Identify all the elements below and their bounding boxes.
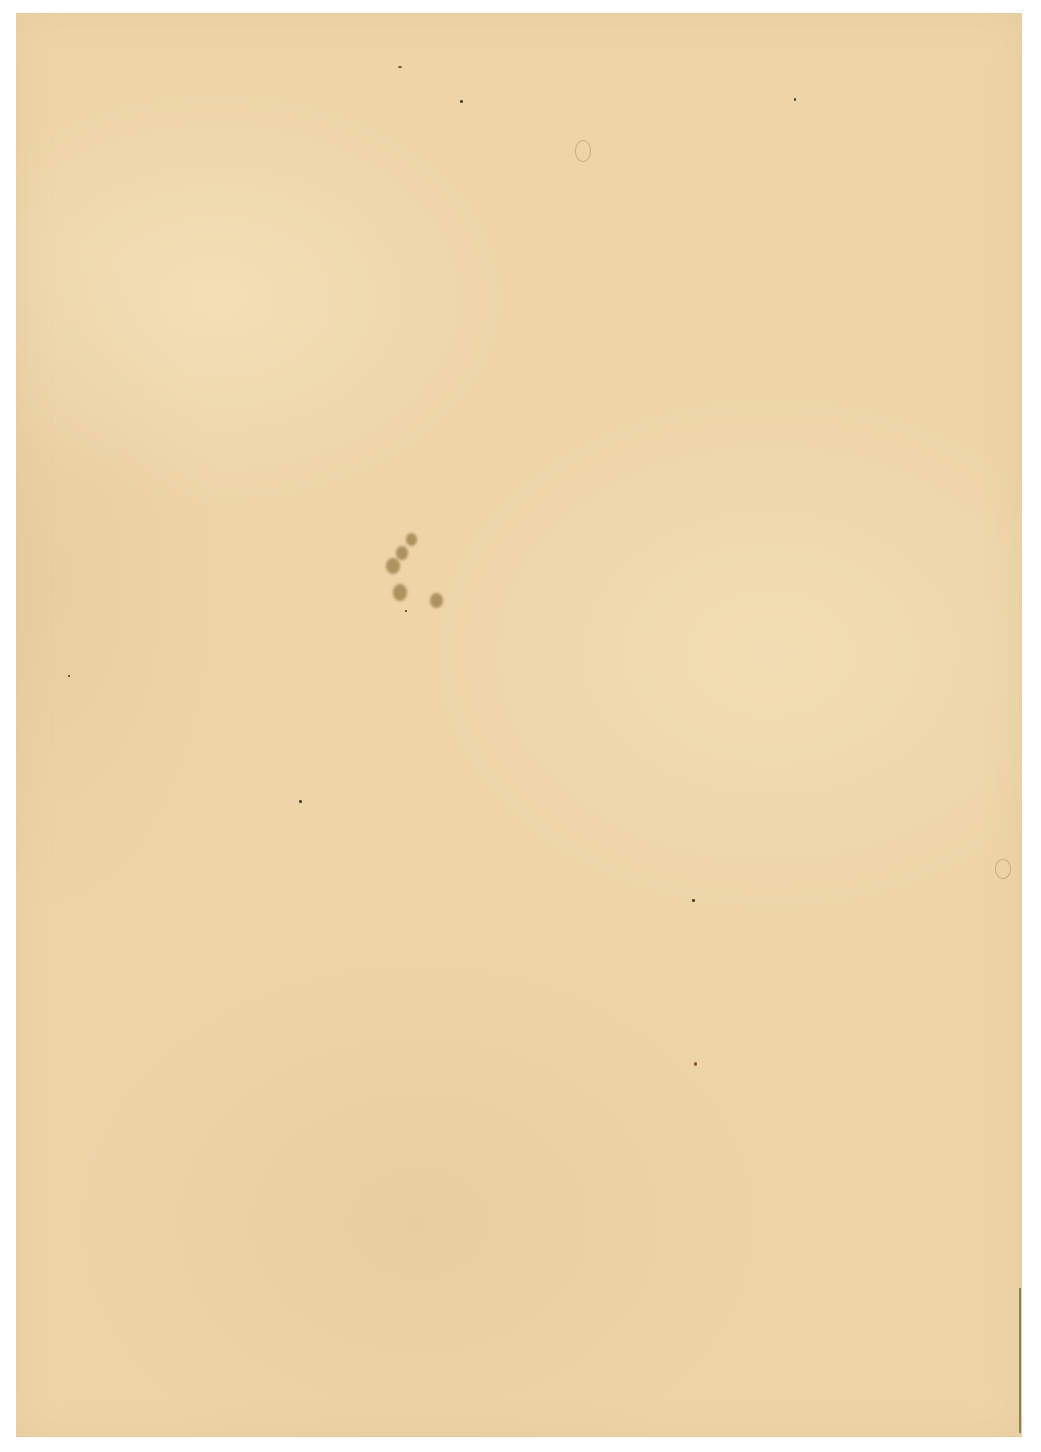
speck-mark — [405, 610, 407, 612]
stain-mark — [430, 593, 443, 608]
stain-mark — [406, 533, 417, 546]
speck-mark — [398, 66, 402, 68]
ring-mark — [575, 140, 591, 162]
speck-mark — [68, 675, 70, 677]
speck-mark — [460, 100, 463, 103]
stain-mark — [396, 546, 408, 560]
speck-mark — [694, 1062, 697, 1066]
stain-mark — [386, 558, 400, 574]
speck-mark — [692, 899, 695, 902]
stain-mark — [393, 584, 407, 601]
paper-sheet — [16, 13, 1022, 1437]
ring-mark — [995, 859, 1011, 879]
edge-mark — [1019, 1288, 1021, 1433]
speck-mark — [794, 98, 796, 101]
speck-mark — [299, 800, 302, 803]
